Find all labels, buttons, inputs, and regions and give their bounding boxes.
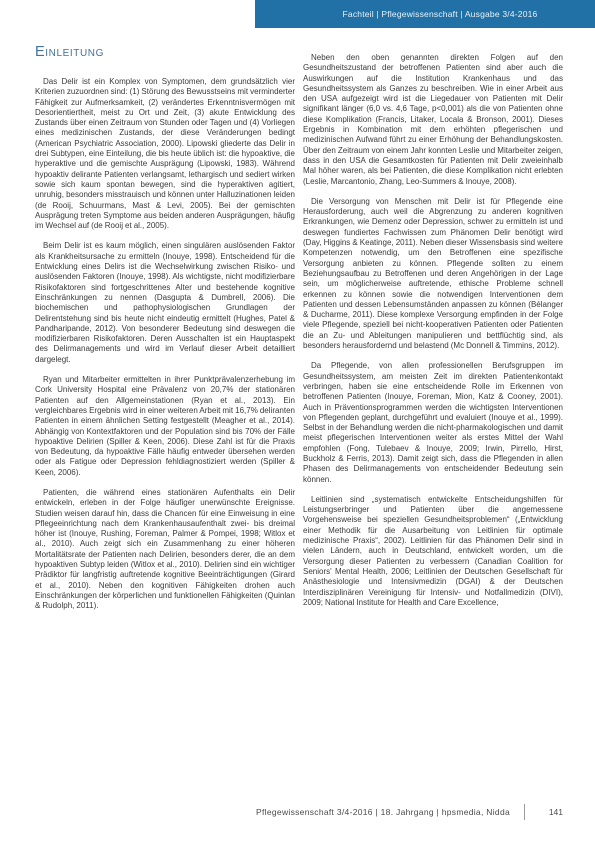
issue-header-bar: Fachteil | Pflegewissenschaft | Ausgabe … xyxy=(255,0,595,28)
article-body: Einleitung Das Delir ist ein Komplex von… xyxy=(35,44,563,622)
paragraph: Ryan und Mitarbeiter ermittelten in ihre… xyxy=(35,375,295,478)
paragraph: Neben den oben genannten direkten Folgen… xyxy=(303,53,563,187)
page-number: 141 xyxy=(539,807,563,817)
journal-page: { "header": { "text": "Fachteil | Pflege… xyxy=(0,0,595,842)
paragraph: Beim Delir ist es kaum möglich, einen si… xyxy=(35,241,295,365)
footer-divider xyxy=(524,804,525,820)
page-footer: Pflegewissenschaft 3/4-2016 | 18. Jahrga… xyxy=(0,804,595,820)
footer-journal-info: Pflegewissenschaft 3/4-2016 | 18. Jahrga… xyxy=(256,807,510,817)
left-column: Einleitung Das Delir ist ein Komplex von… xyxy=(35,44,295,622)
right-column: Neben den oben genannten direkten Folgen… xyxy=(303,44,563,622)
paragraph: Da Pflegende, von allen professionellen … xyxy=(303,361,563,485)
paragraph: Patienten, die während eines stationären… xyxy=(35,488,295,612)
section-heading: Einleitung xyxy=(35,44,295,60)
paragraph: Das Delir ist ein Komplex von Symptomen,… xyxy=(35,77,295,231)
paragraph: Leitlinien sind „systematisch entwickelt… xyxy=(303,495,563,608)
paragraph: Die Versorgung von Menschen mit Delir is… xyxy=(303,197,563,351)
issue-header-text: Fachteil | Pflegewissenschaft | Ausgabe … xyxy=(313,9,538,19)
